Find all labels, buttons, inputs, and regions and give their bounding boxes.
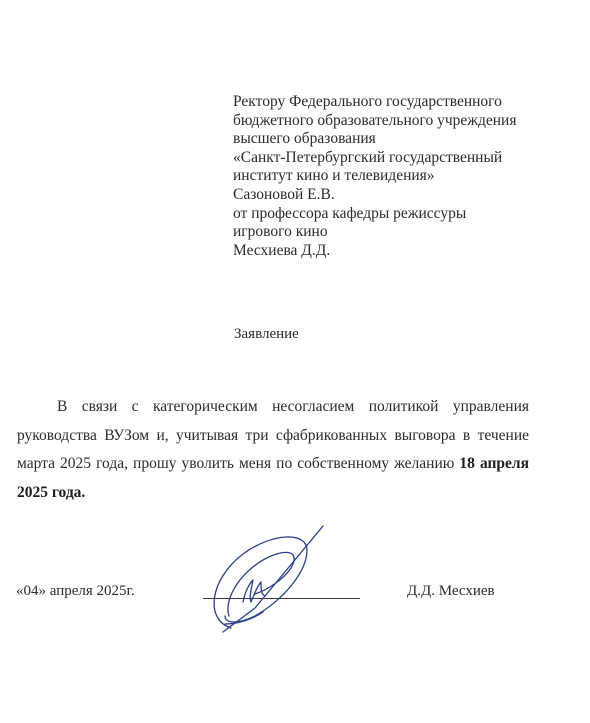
addressee-line: «Санкт-Петербургский государственный <box>233 149 516 168</box>
statement-body: В связи с категорическим несогласием пол… <box>17 393 529 507</box>
addressee-block: Ректору Федерального государственного бю… <box>233 93 516 260</box>
signer-name: Д.Д. Месхиев <box>407 583 495 600</box>
addressee-line: игрового кино <box>233 223 516 242</box>
signature-icon <box>195 520 365 635</box>
addressee-line: Месхиева Д.Д. <box>233 242 516 261</box>
addressee-line: высшего образования <box>233 130 516 149</box>
document-page: Ректору Федерального государственного бю… <box>0 0 590 723</box>
addressee-line: Сазоновой Е.В. <box>233 186 516 205</box>
statement-text: В связи с категорическим несогласием пол… <box>17 398 529 472</box>
addressee-line: от профессора кафедры режиссуры <box>233 205 516 224</box>
application-date: «04» апреля 2025г. <box>16 583 135 600</box>
addressee-line: Ректору Федерального государственного <box>233 93 516 112</box>
document-title: Заявление <box>234 326 299 343</box>
addressee-line: институт кино и телевидения» <box>233 167 516 186</box>
addressee-line: бюджетного образовательного учреждения <box>233 112 516 131</box>
